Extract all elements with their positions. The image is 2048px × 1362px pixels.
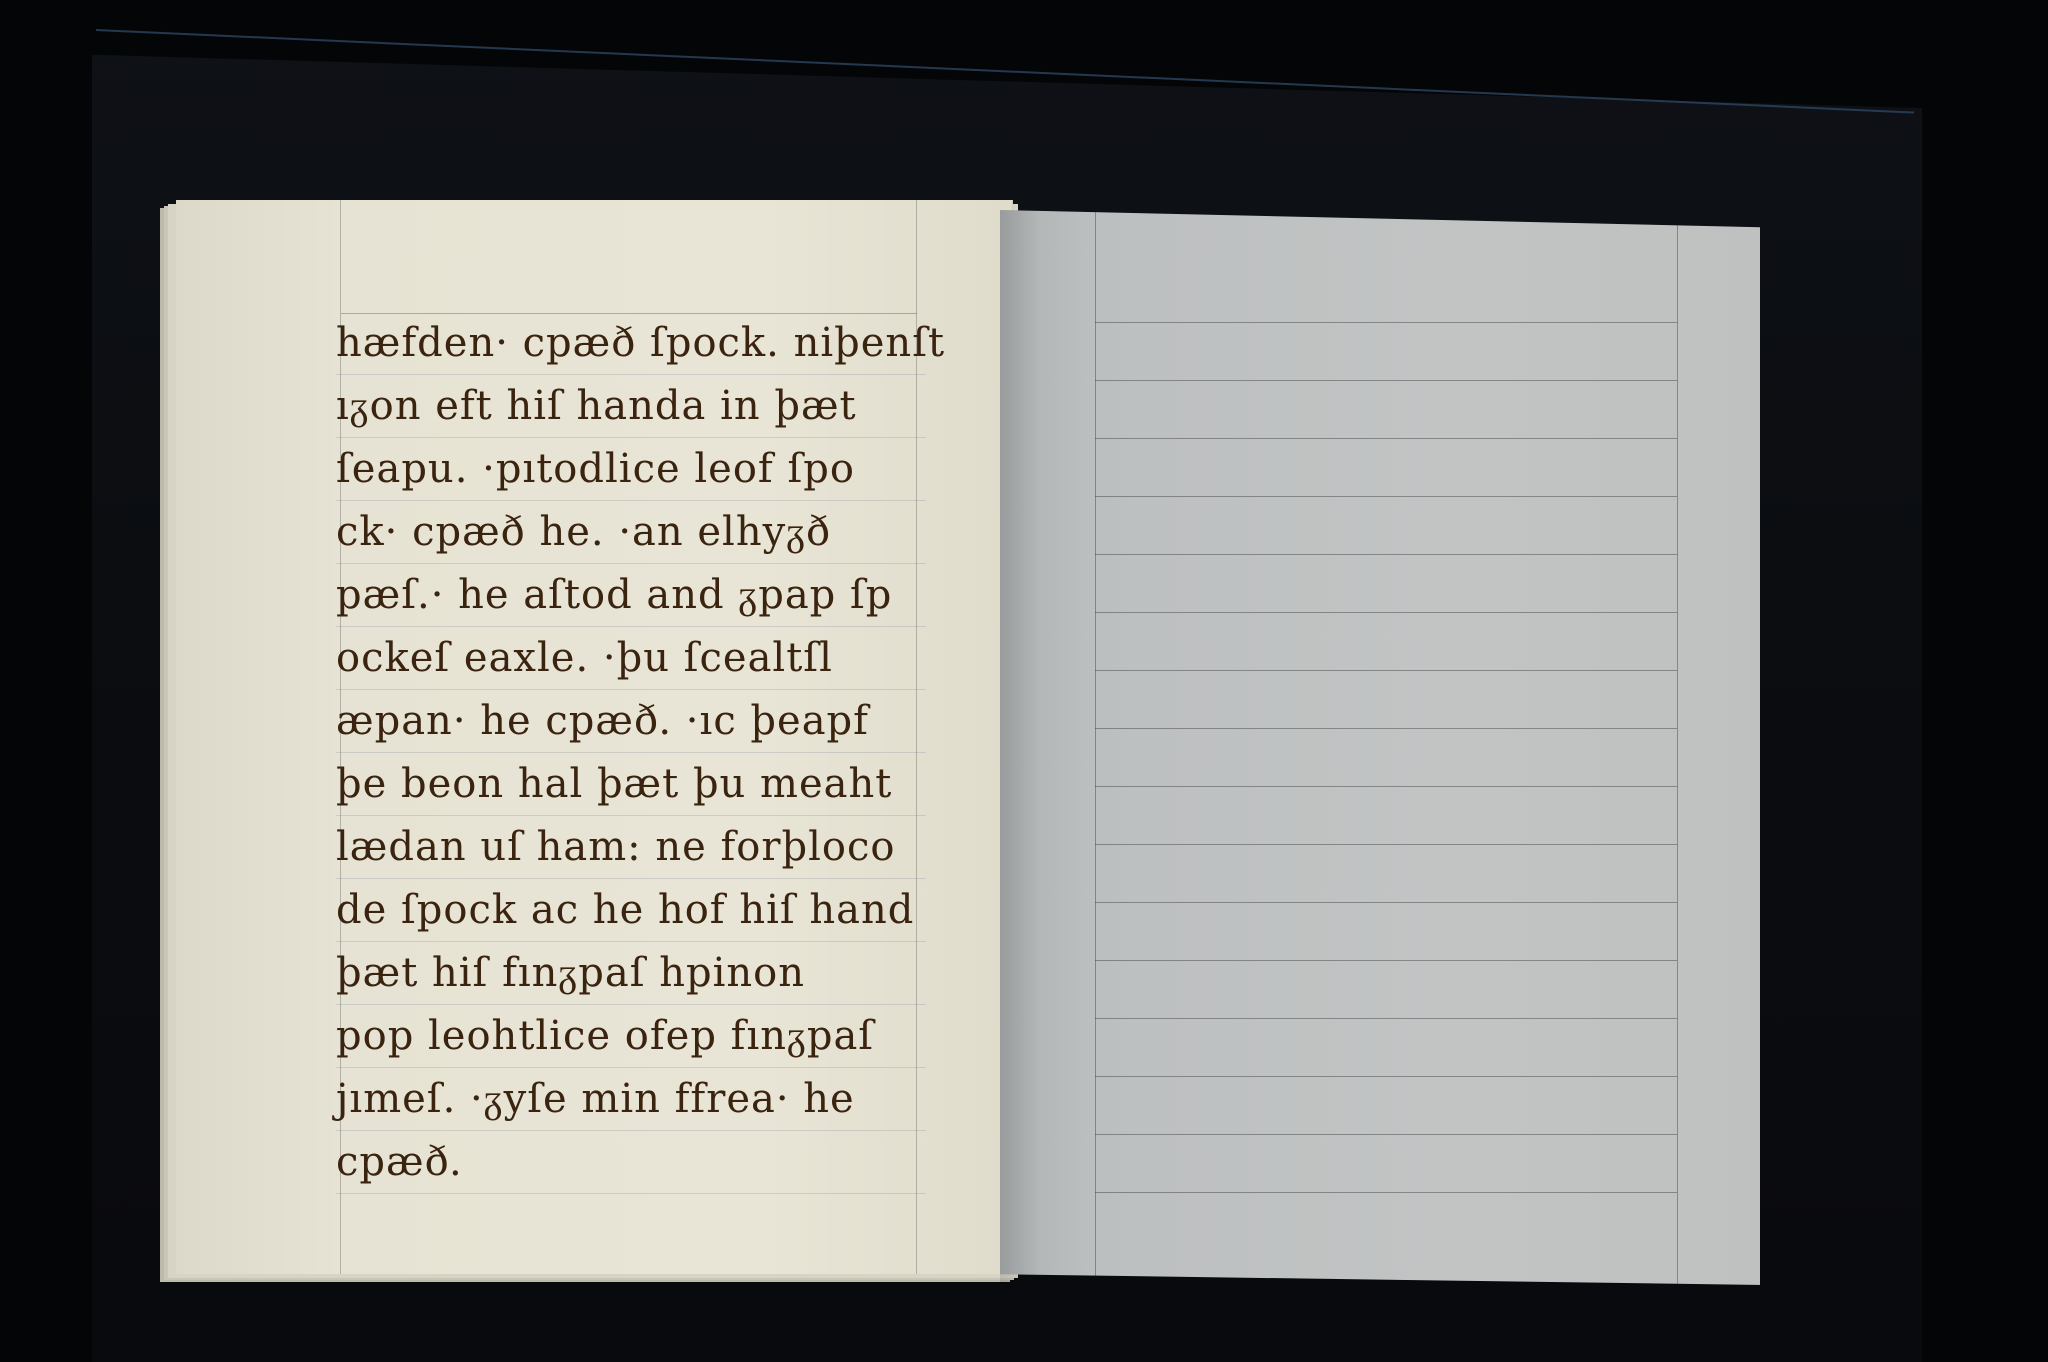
text-line: de ſpock ac he hof hiſ hand [336, 879, 926, 942]
text-line: ockeſ eaxle. ·þu ſcealtſl [336, 627, 926, 690]
text-line: ſeapu. ·pıtodlice leof ſpo [336, 438, 926, 501]
ruled-line [1095, 1018, 1677, 1019]
ruled-line [1095, 670, 1677, 671]
ruled-line [1095, 844, 1677, 845]
text-line: æpan· he cpæð. ·ıc þeapf [336, 690, 926, 753]
ruled-line [1095, 612, 1677, 613]
ruled-line [1095, 380, 1677, 381]
left-page: hæfden· cpæð ſpock. niþenſt ıᵹon eft hiſ… [176, 200, 1013, 1274]
text-line: ıᵹon eft hiſ handa in þæt [336, 375, 926, 438]
ruled-line [1095, 1192, 1677, 1193]
ruled-line [1095, 322, 1677, 323]
text-line: þæt hiſ fınᵹpaſ hpinon [336, 942, 926, 1005]
ruled-line [1095, 728, 1677, 729]
ruled-line [1095, 786, 1677, 787]
text-line: hæfden· cpæð ſpock. niþenſt [336, 312, 926, 375]
manuscript-text-block: hæfden· cpæð ſpock. niþenſt ıᵹon eft hiſ… [336, 312, 926, 1194]
right-page-blank-ruled [1000, 210, 1760, 1285]
text-line: ck· cpæð he. ·an elhyᵹð [336, 501, 926, 564]
ruled-line [1095, 496, 1677, 497]
ruled-line [1095, 1076, 1677, 1077]
right-margin-rule [1677, 210, 1678, 1285]
text-line: jımeſ. ·ᵹyſe min ffrea· he [336, 1068, 926, 1131]
ruled-line [1095, 438, 1677, 439]
left-margin-rule [1095, 210, 1096, 1285]
ruled-line [1095, 902, 1677, 903]
ruled-line [1095, 960, 1677, 961]
text-line: cpæð. [336, 1131, 926, 1194]
book-gutter-shadow [1000, 210, 1040, 1285]
text-line: pop leohtlice ofep fınᵹpaſ [336, 1005, 926, 1068]
ruled-line [1095, 1134, 1677, 1135]
text-line: pæſ.· he aſtod and ᵹpap ſp [336, 564, 926, 627]
text-line: lædan uſ ham: ne forþloco [336, 816, 926, 879]
text-line: þe beon hal þæt þu meaht [336, 753, 926, 816]
ruled-line [1095, 554, 1677, 555]
